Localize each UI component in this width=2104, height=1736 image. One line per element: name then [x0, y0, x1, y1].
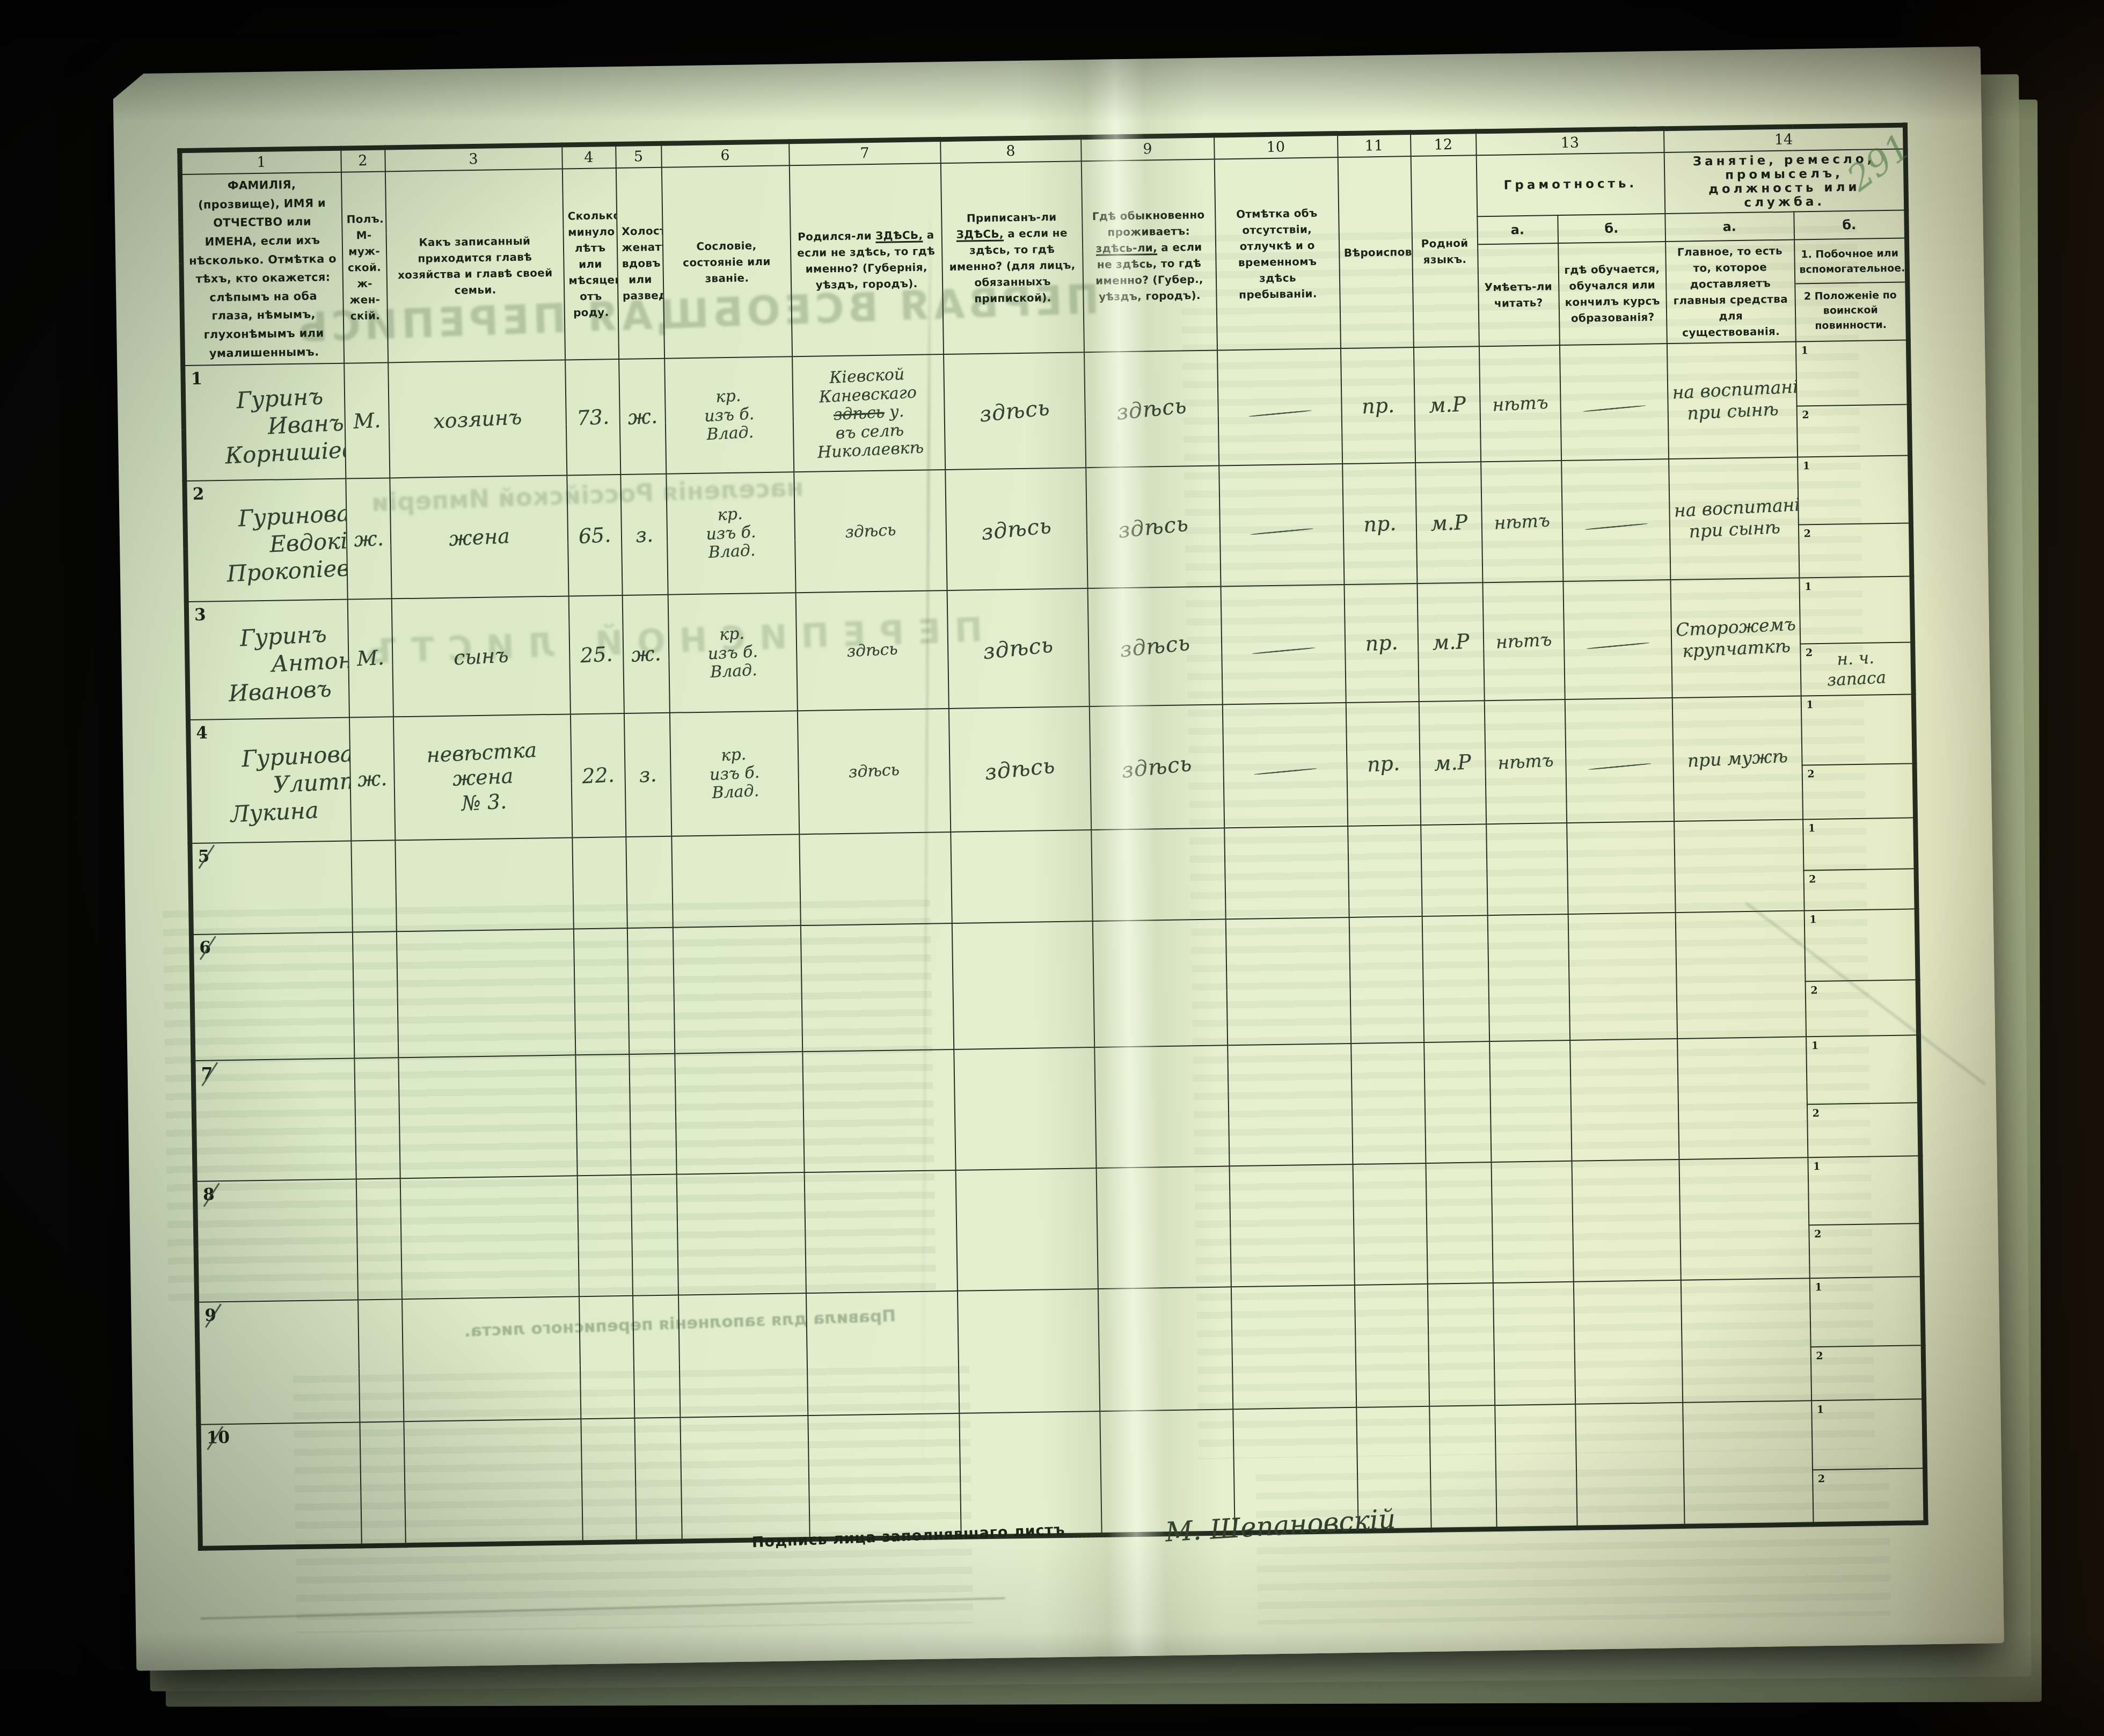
cell-military-status: 2: [1809, 1224, 1922, 1279]
cell-military-status: 2: [1798, 523, 1911, 578]
cell-registered: здѣсь: [948, 707, 1091, 833]
dash-mark: [1583, 405, 1646, 412]
cell-side-occupation: 1: [1799, 577, 1913, 644]
cell-language: [1424, 1042, 1491, 1164]
cell-religion: пр.: [1344, 583, 1419, 703]
col-header-estate: Сословіе, состояніе или званіе.: [661, 165, 792, 359]
cell-military-status: 2: [1810, 1346, 1924, 1401]
row-number: 1: [191, 369, 202, 389]
row-number: 5: [198, 847, 210, 866]
col-header-residence: Гдѣ обыкновенно проживаетъ: здѣсь-ли, а …: [1081, 159, 1217, 353]
cell-school: [1572, 1159, 1681, 1282]
cell-main: [1683, 1401, 1813, 1527]
cell-absence: [1217, 349, 1342, 466]
cell-main: [1675, 911, 1806, 1039]
row-number: 4: [196, 724, 208, 743]
cell-religion: [1349, 916, 1423, 1044]
cell-sex: ж.: [346, 478, 391, 600]
subcell-marker-2: 2: [1802, 410, 1809, 421]
cell-age: 65.: [567, 475, 622, 596]
cell-registered: здѣсь: [945, 468, 1087, 591]
col-num-8: 8: [940, 137, 1082, 163]
cell-registered: [951, 830, 1092, 923]
col-num-2: 2: [341, 148, 385, 172]
row-number: 6: [199, 938, 211, 958]
military-status-label: 2 Положеніе по воинской повинности.: [1795, 281, 1906, 339]
dash-mark: [1586, 642, 1649, 650]
cell-absence: [1228, 1044, 1353, 1166]
col-num-6: 6: [661, 142, 790, 167]
census-sheet-paper: ПЕРВАЯ ВСЕОБЩАЯ ПЕРЕПИСЬ населенія Россі…: [113, 46, 2004, 1671]
col-header-absence: Отмѣтка объ отсутствіи, отлучкѣ и о врем…: [1214, 157, 1340, 351]
cell-estate: кр.изъ б.Влад.: [668, 593, 797, 713]
col-num-1: 1: [180, 148, 341, 174]
row-number: 9: [204, 1306, 216, 1325]
col-header-can-read: Умѣетъ-ли читать?: [1478, 243, 1560, 346]
cell-military-status: 2: [1796, 405, 1910, 457]
dogear-corner: [111, 72, 146, 100]
row-number: 10: [207, 1428, 230, 1448]
cell-main: Сторожемъ въкрупчаткѣ: [1670, 578, 1801, 698]
cell-age: [579, 1296, 634, 1419]
cell-read: [1489, 1040, 1572, 1162]
cell-side-occupation: 1: [1811, 1399, 1925, 1470]
col-num-10: 10: [1214, 134, 1338, 159]
subcell-marker-1: 1: [1808, 822, 1816, 834]
subcell-marker-1: 1: [1811, 1040, 1819, 1052]
subcell-marker-1: 1: [1806, 699, 1814, 711]
cell-residence: [1092, 920, 1227, 1048]
cell-estate: кр.изъ б.Влад.: [669, 711, 799, 837]
cell-residence: здѣсь: [1086, 466, 1221, 589]
cell-birthplace: [802, 1049, 955, 1172]
cell-name: 7: [193, 1059, 356, 1181]
col-num-9: 9: [1081, 135, 1215, 161]
col-header-main-occupation: Главное, то есть то, которое доставляетъ…: [1665, 240, 1796, 344]
cell-estate: [675, 1052, 804, 1175]
cell-birthplace: [799, 832, 952, 925]
cell-name: 9: [197, 1300, 360, 1425]
cell-registered: [955, 1168, 1098, 1291]
cell-marital: з.: [620, 474, 668, 595]
cell-registered: [957, 1289, 1099, 1413]
cell-side-occupation: 1: [1808, 1156, 1922, 1226]
col-num-3: 3: [385, 145, 562, 171]
col-header-literacy-group: Грамотность.: [1476, 152, 1665, 216]
subcell-marker-2: 2: [1807, 768, 1815, 780]
subcell-marker-1: 1: [1805, 581, 1812, 593]
cell-absence: [1221, 585, 1346, 704]
cell-absence: [1222, 703, 1347, 828]
cell-age: [577, 1175, 632, 1296]
cell-side-occupation: 1: [1806, 1035, 1920, 1105]
cell-main: [1681, 1279, 1811, 1403]
col-header-sex: Полъ. М-муж- ской. ж-жен- скій.: [341, 171, 388, 363]
dash-mark: [1584, 523, 1648, 530]
cell-absence: [1231, 1285, 1356, 1409]
subcell-marker-2: 2: [1810, 984, 1818, 996]
cell-relation: [402, 1297, 581, 1422]
cell-school: [1573, 1280, 1682, 1404]
subcell-marker-1: 1: [1813, 1161, 1821, 1172]
cell-marital: [632, 1295, 680, 1418]
cell-religion: пр.: [1340, 347, 1415, 464]
cell-school: [1563, 580, 1672, 699]
cell-sex: М.: [344, 363, 390, 479]
cell-language: [1426, 1163, 1493, 1285]
cell-read: нѣтъ: [1484, 699, 1566, 824]
cell-birthplace: [800, 923, 953, 1052]
col-header-registered: Приписанъ-ли ЗДѢСЬ, а если не здѣсь, то …: [940, 161, 1084, 354]
subcell-marker-1: 1: [1803, 461, 1810, 472]
cell-main: [1677, 1037, 1808, 1160]
col-header-side-occupation: 1. Побочное или вспомогательное. 2 Полож…: [1794, 238, 1909, 342]
subcell-marker-2: 2: [1814, 1228, 1822, 1240]
cell-sex: [356, 1179, 401, 1300]
cell-name: 5: [190, 841, 352, 935]
cell-side-occupation: 1: [1801, 695, 1915, 765]
cell-marital: з.: [624, 713, 671, 837]
row-number: 2: [192, 485, 204, 504]
cell-birthplace: [804, 1170, 957, 1293]
cell-residence: [1091, 828, 1225, 922]
cell-language: [1429, 1405, 1496, 1530]
cell-military-status: 2: [1813, 1469, 1926, 1525]
literacy-b-label: б.: [1558, 214, 1665, 243]
cell-marital: [634, 1418, 682, 1542]
cell-registered: [954, 1047, 1096, 1170]
cell-estate: [676, 1173, 806, 1296]
cell-military-status: 2: [1802, 764, 1915, 820]
cell-school: [1561, 459, 1670, 581]
cell-name: 2ГуриноваЕвдокіяПрокопіева: [185, 479, 347, 602]
cell-registered: [952, 921, 1094, 1049]
cell-name: 8: [195, 1179, 357, 1302]
cell-school: [1570, 1039, 1679, 1161]
cell-registered: здѣсь: [947, 589, 1089, 709]
occupation-a-label: а.: [1665, 212, 1794, 242]
cell-school: [1567, 821, 1676, 914]
cell-language: [1422, 916, 1489, 1043]
photo-stage: ПЕРВАЯ ВСЕОБЩАЯ ПЕРЕПИСЬ населенія Россі…: [0, 0, 2104, 1736]
cell-marital: [626, 836, 673, 928]
subcell-marker-2: 2: [1809, 873, 1816, 885]
cell-absence: [1229, 1164, 1354, 1287]
col-header-birthplace: Родился-ли ЗДѢСЬ, а если не здѣсь, то гд…: [789, 163, 943, 357]
dash-mark: [1254, 768, 1317, 775]
row-number: 7: [201, 1064, 213, 1084]
cell-relation: жена: [390, 476, 568, 599]
cell-military-status: 2: [1807, 1103, 1920, 1158]
cell-side-occupation: 1: [1798, 456, 1911, 525]
col-num-12: 12: [1411, 132, 1477, 156]
cell-sex: М.: [347, 599, 393, 718]
cell-marital: ж.: [619, 359, 666, 475]
cell-military-status: 2н. ч. запаса: [1800, 643, 1913, 696]
dash-mark: [1250, 528, 1313, 535]
literacy-a-label: а.: [1477, 215, 1558, 244]
subcell-marker-2: 2: [1813, 1107, 1820, 1119]
cell-estate: кр.изъ б.Влад.: [666, 472, 795, 595]
cell-birthplace: [806, 1291, 959, 1416]
cell-main: [1674, 820, 1804, 913]
cell-school: [1568, 913, 1677, 1040]
col-header-marital: Холостъ, женатъ, вдовъ или разведенъ.: [616, 167, 664, 360]
subcell-marker-2: 2: [1816, 1350, 1823, 1362]
cell-language: [1427, 1283, 1494, 1406]
cell-religion: [1353, 1163, 1427, 1285]
cell-main: на воспитаніипри сынѣ: [1669, 457, 1799, 580]
signature-dotted-line: [1071, 1534, 1162, 1538]
cell-sex: [358, 1300, 404, 1423]
cell-estate: кр.изъ б.Влад.: [664, 357, 794, 475]
subcell-marker-1: 1: [1801, 345, 1808, 357]
cell-language: [1421, 825, 1488, 917]
col-header-relation: Какъ записанный приходится главѣ хозяйст…: [385, 169, 565, 363]
cell-main: [1679, 1158, 1809, 1281]
cell-read: [1495, 1404, 1577, 1529]
cell-read: [1486, 823, 1568, 915]
cell-military-status: 2: [1805, 980, 1919, 1037]
cell-absence: [1225, 917, 1350, 1045]
cell-name: 4ГуриноваУлиттаЛукина: [188, 718, 350, 843]
cell-marital: [629, 1054, 676, 1175]
cell-relation: [398, 1055, 577, 1179]
cell-marital: [631, 1175, 678, 1296]
row-number: 3: [194, 606, 206, 625]
cell-language: м.Р: [1415, 462, 1482, 584]
cell-age: [575, 1054, 631, 1176]
cell-relation: [395, 838, 573, 932]
cell-marital: ж.: [622, 595, 669, 713]
cell-side-occupation: 1: [1803, 818, 1916, 871]
cell-sex: ж.: [349, 717, 394, 841]
cell-read: [1491, 1161, 1573, 1283]
subcell-marker-1: 1: [1817, 1404, 1824, 1416]
col-num-7: 7: [789, 140, 941, 166]
cell-residence: [1098, 1287, 1232, 1412]
cell-registered: здѣсь: [944, 353, 1086, 470]
cell-main: на воспитаніипри сынѣ: [1667, 342, 1797, 459]
cell-language: м.Р: [1413, 347, 1480, 463]
cell-residence: здѣсь: [1087, 587, 1222, 707]
occupation-b-label: б.: [1794, 210, 1907, 240]
cell-sex: [351, 841, 397, 932]
cell-read: [1493, 1282, 1575, 1405]
dash-mark: [1252, 647, 1315, 654]
cell-read: [1487, 914, 1569, 1041]
col-num-11: 11: [1338, 133, 1411, 158]
col-header-age: Сколько минуло лѣтъ или мѣсяцевъ отъ род…: [562, 168, 618, 360]
cell-residence: [1096, 1166, 1231, 1289]
cell-military-status: 2: [1803, 869, 1917, 911]
cell-read: нѣтъ: [1482, 581, 1565, 701]
col-header-education: гдѣ обучается, обучался или кончилъ курс…: [1558, 242, 1667, 345]
cell-sex: [354, 1058, 400, 1179]
cell-sex: [360, 1422, 405, 1546]
cell-absence: [1219, 464, 1344, 586]
cell-name: 10: [199, 1423, 361, 1548]
cell-relation: невѣсткажена№ 3.: [393, 714, 572, 841]
cell-estate: [671, 835, 800, 928]
cell-age: 22.: [570, 713, 625, 837]
cell-estate: [678, 1293, 807, 1418]
cell-language: м.Р: [1419, 701, 1486, 826]
cell-age: [572, 837, 627, 929]
subcell-marker-1: 1: [1809, 914, 1817, 925]
cell-name: 3ГуринъАнтонійИвановъ: [186, 600, 349, 720]
cell-age: [573, 928, 629, 1055]
col-header-language: Родной языкъ.: [1411, 155, 1479, 347]
cell-absence: [1224, 826, 1349, 919]
cell-marital: [627, 928, 674, 1054]
cell-sex: [352, 932, 398, 1059]
cell-side-occupation: 1: [1804, 909, 1918, 982]
subcell-marker-2: 2: [1804, 528, 1811, 540]
cell-estate: [673, 926, 802, 1054]
cell-religion: пр.: [1342, 463, 1417, 585]
cell-religion: [1354, 1284, 1429, 1407]
col-header-religion: Вѣроисповѣданіе.: [1338, 156, 1413, 348]
cell-age: 73.: [565, 359, 620, 475]
census-table: 1 2 3 4 5 6 7 8 9 10 11 12 13 14 ФАМИЛІЯ…: [177, 122, 1928, 1550]
cell-read: нѣтъ: [1479, 345, 1561, 462]
cell-age: [581, 1418, 636, 1542]
cell-residence: здѣсь: [1089, 705, 1224, 830]
cell-side-occupation: 1: [1809, 1277, 1923, 1347]
col-num-13: 13: [1475, 129, 1664, 156]
cell-school: [1559, 344, 1668, 461]
subcell-marker-2: 2: [1818, 1473, 1825, 1485]
cell-language: м.Р: [1417, 583, 1484, 702]
row-number: 8: [203, 1185, 215, 1205]
cell-religion: [1351, 1042, 1426, 1164]
cell-relation: [400, 1176, 579, 1300]
cell-read: нѣтъ: [1481, 461, 1563, 582]
cell-school: [1575, 1403, 1684, 1528]
cell-name: 6: [191, 932, 354, 1061]
cell-main: при мужѣ: [1672, 696, 1802, 822]
col-header-name: ФАМИЛІЯ, (прозвище), ИМЯ и ОТЧЕСТВО или …: [180, 172, 344, 366]
cell-age: 25.: [568, 595, 624, 714]
cell-side-occupation: 1: [1795, 340, 1909, 406]
cell-residence: [1094, 1046, 1229, 1169]
dash-mark: [1248, 410, 1312, 417]
cell-relation: сынъ: [391, 596, 570, 717]
cell-birthplace: КіевскойКаневскагоздѣсь у.въ селѣНиколае…: [792, 354, 945, 472]
col-num-5: 5: [616, 143, 662, 168]
cell-relation: хозяинъ: [388, 360, 567, 478]
cell-residence: здѣсь: [1084, 351, 1219, 468]
subcell-marker-1: 1: [1815, 1281, 1822, 1293]
cell-relation: [404, 1419, 582, 1545]
dash-mark: [1588, 763, 1652, 770]
cell-religion: пр.: [1346, 702, 1420, 826]
cell-name: 1ГуринъИванъКорнишіевъ: [183, 363, 346, 481]
cell-birthplace: здѣсь: [794, 470, 947, 593]
cell-religion: [1348, 825, 1422, 917]
side-occupation-label: 1. Побочное или вспомогательное.: [1795, 241, 1905, 283]
col-num-4: 4: [562, 144, 616, 169]
cell-relation: [396, 929, 575, 1058]
cell-school: [1565, 698, 1674, 823]
